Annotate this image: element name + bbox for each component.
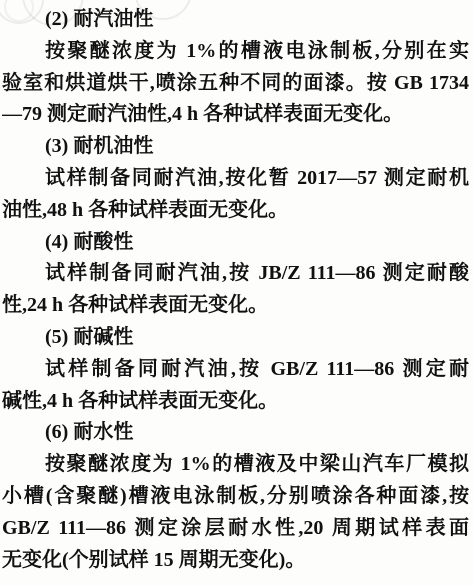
text-block: (2) 耐汽油性 按聚醚浓度为 1%的槽液电泳制板,分别在实 验室和烘道烘干,喷… xyxy=(2,4,469,576)
scanned-document-page: (2) 耐汽油性 按聚醚浓度为 1%的槽液电泳制板,分别在实 验室和烘道烘干,喷… xyxy=(0,0,473,586)
section-heading-water-resistance: (6) 耐水性 xyxy=(2,417,469,449)
text-line: 试样制备同耐汽油,按化暂 2017—57 测定耐机 xyxy=(2,163,469,195)
text-line: 油性,48 h 各种试样表面无变化。 xyxy=(2,195,469,227)
text-line: 试样制备同耐汽油,按 GB/Z 111—86 测定耐 xyxy=(2,354,469,386)
text-line: 按聚醚浓度为 1%的槽液电泳制板,分别在实 xyxy=(2,36,469,68)
section-heading-acid-resistance: (4) 耐酸性 xyxy=(2,227,469,259)
text-line: —79 测定耐汽油性,4 h 各种试样表面无变化。 xyxy=(2,99,469,131)
text-line: 碱性,4 h 各种试样表面无变化。 xyxy=(2,386,469,418)
text-line: 按聚醚浓度为 1%的槽液及中梁山汽车厂模拟 xyxy=(2,449,469,481)
section-heading-alkali-resistance: (5) 耐碱性 xyxy=(2,322,469,354)
text-line: 小槽(含聚醚)槽液电泳制板,分别喷涂各种面漆,按 xyxy=(2,481,469,513)
section-heading-engine-oil-resistance: (3) 耐机油性 xyxy=(2,131,469,163)
text-line: GB/Z 111—86 测定涂层耐水性,20 周期试样表面 xyxy=(2,513,469,545)
text-line: 试样制备同耐汽油,按 JB/Z 111—86 测定耐酸 xyxy=(2,258,469,290)
section-heading-gasoline-resistance: (2) 耐汽油性 xyxy=(2,4,469,36)
text-line: 性,24 h 各种试样表面无变化。 xyxy=(2,290,469,322)
text-line: 无变化(个别试样 15 周期无变化)。 xyxy=(2,545,469,577)
text-line: 验室和烘道烘干,喷涂五种不同的面漆。按 GB 1734 xyxy=(2,68,469,100)
